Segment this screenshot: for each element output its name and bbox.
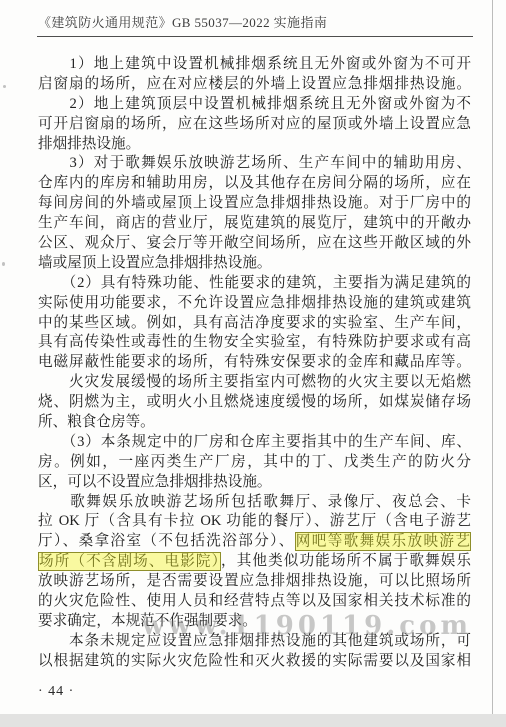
scan-artifact-dot (2, 262, 5, 266)
text-run: 烧、阴燃为主，或明火小且燃烧速度缓慢的场所，如煤炭储存场 (38, 394, 471, 410)
text-line: 排烟排热设施。 (38, 135, 471, 155)
text-run: 所、粮食仓房等。 (38, 414, 155, 430)
text-run: 火灾发展缓慢的场所主要指室内可燃物的火灾主要以无焰燃 (38, 374, 471, 390)
text-line: 以根据建筑的实际火灾危险性和灭火救援的实际需要以及国家相 (38, 652, 471, 672)
text-line: 启窗扇的场所，应在对应楼层的外墙上设置应急排烟排热设施。 (38, 75, 471, 95)
text-line: 具有高传染性或毒性的生物安全实验室，有特殊防护要求或有高 (38, 333, 471, 353)
running-head: 《建筑防火通用规范》GB 55037—2022 实施指南 (38, 12, 327, 31)
highlight-annotation: 网吧等歌舞娱乐放映游艺 (295, 532, 471, 551)
text-line: 电磁屏蔽性能要求的场所，有特殊安保要求的金库和藏品库等。 (38, 353, 471, 373)
text-run: 区，可以不设置应急排烟排热设施。 (38, 474, 272, 490)
text-line: 2）地上建筑顶层中设置机械排烟系统且无外窗或外窗为不 (38, 95, 471, 115)
text-run: （2）具有特殊功能、性能要求的建筑，主要指为满足建筑的 (38, 275, 471, 291)
text-line: 墙或屋顶上设置应急排烟排热设施。 (38, 254, 471, 274)
text-line: 火灾发展缓慢的场所主要指室内可燃物的火灾主要以无焰燃 (38, 373, 471, 393)
text-line: 烧、阴燃为主，或明火小且燃烧速度缓慢的场所，如煤炭储存场 (38, 393, 471, 413)
text-run: 歌舞娱乐放映游艺场所包括歌舞厅、录像厅、夜总会、卡 (38, 494, 471, 510)
text-line: 所、粮食仓房等。 (38, 413, 471, 433)
text-line: 每间房间的外墙或屋顶上设置应急排烟排热设施。对于厂房中的 (38, 194, 471, 214)
text-run: 本条未规定应设置应急排烟排热设施的其他建筑或场所，可 (38, 633, 471, 649)
scan-page-edge-line (492, 0, 493, 714)
text-line: 公区、观众厅、宴会厅等开敞空间场所，应在这些开敞区域的外 (38, 234, 471, 254)
text-line: 房。例如，一座丙类生产厂房，其中的丁、戊类生产的防火分 (38, 453, 471, 473)
text-run: 1）地上建筑中设置机械排烟系统且无外窗或外窗为不可开 (38, 56, 471, 72)
text-line: 中的某些区域。例如，具有高洁净度要求的实验室、生产车间， (38, 314, 471, 334)
text-run: 生产车间，商店的营业厅，展览建筑的展览厅，建筑中的开敞办 (38, 215, 471, 231)
text-run: 的火灾危险性、使用人员和经营特点等以及国家相关技术标准的 (38, 593, 471, 609)
highlight-annotation: 场所（不含剧场、电影院） (38, 552, 221, 571)
text-line: 的火灾危险性、使用人员和经营特点等以及国家相关技术标准的 (38, 592, 471, 612)
page-number: · 44 · (38, 684, 74, 700)
text-line: 拉 OK 厅（含具有卡拉 OK 功能的餐厅）、游艺厅（含电子游艺 (38, 512, 471, 532)
page-body: 1）地上建筑中设置机械排烟系统且无外窗或外窗为不可开启窗扇的场所，应在对应楼层的… (38, 55, 471, 672)
text-line: （3）本条规定中的厂房和仓库主要指其中的生产车间、库、 (38, 433, 471, 453)
text-line: 仓库内的库房和辅助用房，以及其他存在房间分隔的场所，应在 (38, 174, 471, 194)
document-page: 《建筑防火通用规范》GB 55037—2022 实施指南 1）地上建筑中设置机械… (0, 0, 506, 727)
text-run: 墙或屋顶上设置应急排烟排热设施。 (38, 255, 272, 271)
text-line: 歌舞娱乐放映游艺场所包括歌舞厅、录像厅、夜总会、卡 (38, 493, 471, 513)
text-line: 实际使用功能要求，不允许设置应急排烟排热设施的建筑或建筑 (38, 294, 471, 314)
text-line: 场所（不含剧场、电影院），其他类似功能场所不属于歌舞娱乐 (38, 552, 471, 572)
text-line: 要求确定，本规范不作强制要求。 (38, 612, 471, 632)
text-run: 2）地上建筑顶层中设置机械排烟系统且无外窗或外窗为不 (38, 96, 471, 112)
text-run: （3）本条规定中的厂房和仓库主要指其中的生产车间、库、 (38, 434, 471, 450)
text-line: （2）具有特殊功能、性能要求的建筑，主要指为满足建筑的 (38, 274, 471, 294)
text-line: 区，可以不设置应急排烟排热设施。 (38, 473, 471, 493)
text-run: 实际使用功能要求，不允许设置应急排烟排热设施的建筑或建筑 (38, 295, 471, 311)
text-run: 拉 OK 厅（含具有卡拉 OK 功能的餐厅）、游艺厅（含电子游艺 (38, 513, 471, 529)
text-run: 以根据建筑的实际火灾危险性和灭火救援的实际需要以及国家相 (38, 653, 471, 669)
text-run: 中的某些区域。例如，具有高洁净度要求的实验室、生产车间， (38, 315, 471, 331)
text-line: 本条未规定应设置应急排烟排热设施的其他建筑或场所，可 (38, 632, 471, 652)
text-line: 1）地上建筑中设置机械排烟系统且无外窗或外窗为不可开 (38, 55, 471, 75)
text-line: 放映游艺场所，是否需要设置应急排烟排热设施，可以比照场所 (38, 572, 471, 592)
text-line: 可开启窗扇的场所，应在这些场所对应的屋顶或外墙上设置应急 (38, 115, 471, 135)
text-run: 厅）、桑拿浴室（不包括洗浴部分）、 (38, 533, 295, 549)
scan-artifact-dot (3, 85, 6, 88)
scan-bottom-shadow (0, 714, 506, 727)
text-run: 每间房间的外墙或屋顶上设置应急排烟排热设施。对于厂房中的 (38, 195, 471, 211)
text-run: 具有高传染性或毒性的生物安全实验室，有特殊防护要求或有高 (38, 334, 471, 350)
text-line: 3）对于歌舞娱乐放映游艺场所、生产车间中的辅助用房、 (38, 154, 471, 174)
text-run: 电磁屏蔽性能要求的场所，有特殊安保要求的金库和藏品库等。 (38, 354, 471, 370)
text-line: 厅）、桑拿浴室（不包括洗浴部分）、网吧等歌舞娱乐放映游艺 (38, 532, 471, 552)
text-run: 仓库内的库房和辅助用房，以及其他存在房间分隔的场所，应在 (38, 175, 471, 191)
header-rule (37, 36, 473, 37)
text-run: 启窗扇的场所，应在对应楼层的外墙上设置应急排烟排热设施。 (38, 76, 471, 92)
text-run: 放映游艺场所，是否需要设置应急排烟排热设施，可以比照场所 (38, 573, 471, 589)
text-line: 生产车间，商店的营业厅，展览建筑的展览厅，建筑中的开敞办 (38, 214, 471, 234)
text-run: 公区、观众厅、宴会厅等开敞空间场所，应在这些开敞区域的外 (38, 235, 471, 251)
text-run: 可开启窗扇的场所，应在这些场所对应的屋顶或外墙上设置应急 (38, 116, 471, 132)
text-run: 排烟排热设施。 (38, 136, 140, 152)
text-run: ，其他类似功能场所不属于歌舞娱乐 (221, 553, 471, 569)
text-run: 3）对于歌舞娱乐放映游艺场所、生产车间中的辅助用房、 (38, 155, 471, 171)
text-run: 房。例如，一座丙类生产厂房，其中的丁、戊类生产的防火分 (38, 454, 471, 470)
text-run: 要求确定，本规范不作强制要求。 (38, 613, 257, 629)
